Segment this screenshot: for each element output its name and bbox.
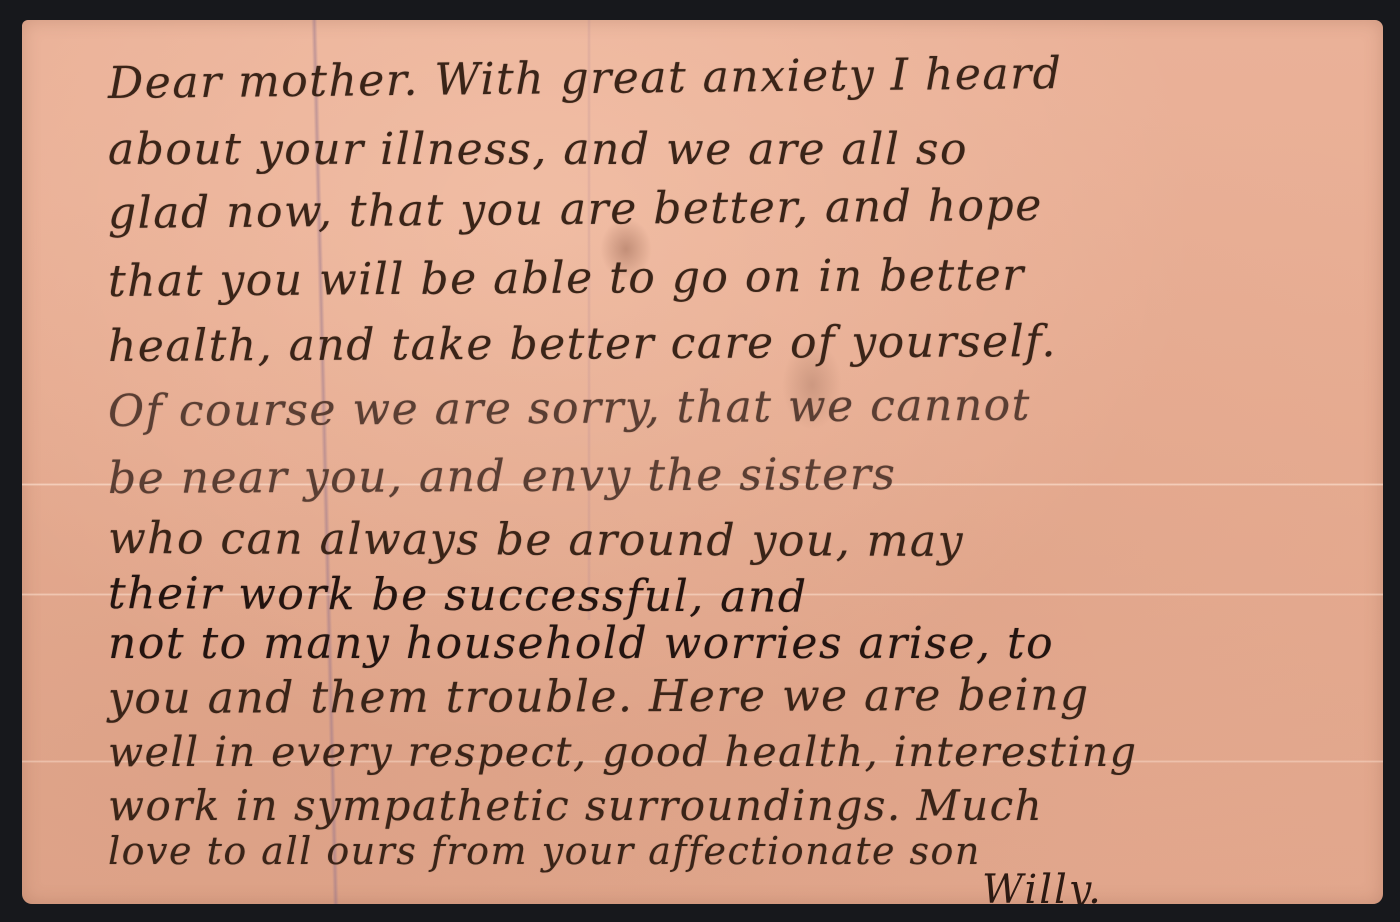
letter-line: who can always be around you, may: [108, 517, 964, 564]
handwritten-letter: Dear mother. With great anxiety I heard …: [22, 20, 1383, 904]
letter-line: glad now, that you are better, and hope: [108, 184, 1043, 236]
letter-line: you and them trouble. Here we are being: [108, 674, 1090, 721]
letter-line: Of course we are sorry, that we cannot: [108, 384, 1031, 434]
letter-line: health, and take better care of yourself…: [108, 320, 1057, 369]
letter-line: Dear mother. With great anxiety I heard: [108, 52, 1063, 106]
letter-line: work in sympathetic surroundings. Much: [108, 785, 1043, 827]
postcard-paper: Dear mother. With great anxiety I heard …: [22, 20, 1383, 904]
letter-line: that you will be able to go on in better: [108, 254, 1025, 304]
letter-line: not to many household worries arise, to: [108, 622, 1054, 666]
letter-line: their work be successful, and: [108, 572, 808, 620]
letter-line: well in every respect, good health, inte…: [108, 732, 1138, 773]
scanned-postcard: Dear mother. With great anxiety I heard …: [0, 0, 1400, 922]
letter-line: about your illness, and we are all so: [108, 128, 968, 172]
letter-line: be near you, and envy the sisters: [108, 453, 897, 501]
signature: Willy.: [982, 870, 1103, 904]
letter-line: love to all ours from your affectionate …: [108, 832, 981, 870]
